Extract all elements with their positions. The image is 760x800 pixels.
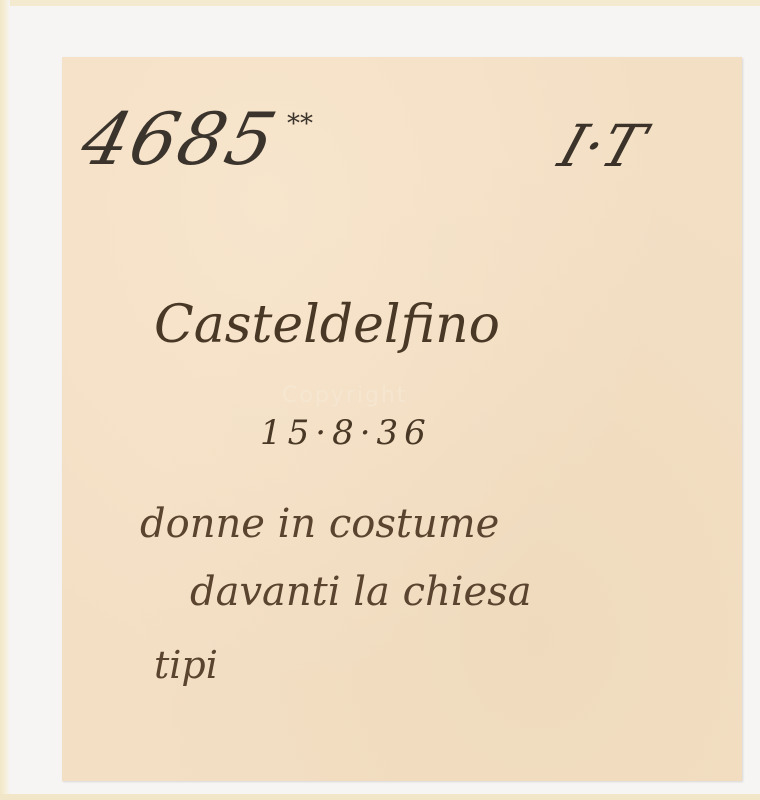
category-tag: tipi: [154, 643, 218, 687]
mount-edge-top: [0, 0, 760, 6]
place-name: Casteldelfino: [154, 295, 500, 355]
catalog-number: 4685: [74, 97, 286, 181]
catalog-marks: **: [287, 109, 313, 139]
date: 15·8·36: [260, 413, 432, 453]
mount-edge-left: [0, 0, 10, 800]
watermark: Copyright: [282, 383, 408, 408]
description-line-1: donne in costume: [140, 501, 499, 547]
section-code: I·T: [551, 112, 653, 180]
description-line-2: davanti la chiesa: [190, 569, 532, 615]
archival-card: 4685 ** I·T Casteldelfino 15·8·36 Copyri…: [62, 57, 742, 781]
mount-edge-bottom: [0, 794, 760, 800]
